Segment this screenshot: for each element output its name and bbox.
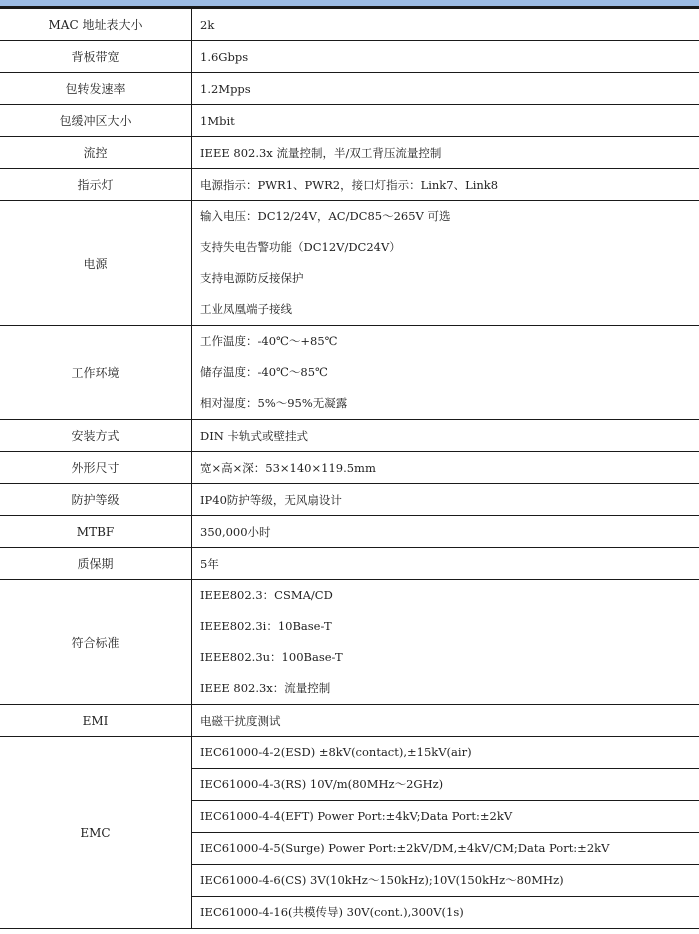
row-label: 安装方式 — [0, 420, 192, 452]
value-line: 储存温度：-40℃～85℃ — [200, 357, 699, 388]
table-row: 符合标准 IEEE802.3：CSMA/CD IEEE802.3i：10Base… — [0, 580, 699, 705]
row-value: 宽×高×深：53×140×119.5mm — [192, 452, 699, 484]
row-value: 电源指示：PWR1、PWR2，接口灯指示：Link7、Link8 — [192, 169, 699, 201]
table-row: EMC IEC61000-4-2(ESD) ±8kV(contact),±15k… — [0, 737, 699, 929]
row-value: 1Mbit — [192, 105, 699, 137]
table-row: 防护等级 IP40防护等级，无风扇设计 — [0, 484, 699, 516]
row-label: 流控 — [0, 137, 192, 169]
row-value: 350,000小时 — [192, 516, 699, 548]
row-value: 输入电压：DC12/24V，AC/DC85～265V 可选 支持失电告警功能（D… — [192, 201, 699, 326]
row-label: MTBF — [0, 516, 192, 548]
row-label: 工作环境 — [0, 326, 192, 420]
table-row: 包缓冲区大小 1Mbit — [0, 105, 699, 137]
row-value: IEEE 802.3x 流量控制，半/双工背压流量控制 — [192, 137, 699, 169]
row-value: 电磁干扰度测试 — [192, 705, 699, 737]
value-line: 支持失电告警功能（DC12V/DC24V） — [200, 232, 699, 263]
table-row: 工作环境 工作温度：-40℃～+85℃ 储存温度：-40℃～85℃ 相对湿度：5… — [0, 326, 699, 420]
row-label: MAC 地址表大小 — [0, 9, 192, 41]
value-line: 相对湿度：5%～95%无凝露 — [200, 388, 699, 419]
table-row: 包转发速率 1.2Mpps — [0, 73, 699, 105]
row-value: DIN 卡轨式或壁挂式 — [192, 420, 699, 452]
row-label: 电源 — [0, 201, 192, 326]
row-value: 1.2Mpps — [192, 73, 699, 105]
row-value: IP40防护等级，无风扇设计 — [192, 484, 699, 516]
value-subcell: IEC61000-4-5(Surge) Power Port:±2kV/DM,±… — [192, 833, 699, 865]
row-label: 包缓冲区大小 — [0, 105, 192, 137]
table-row: EMI 电磁干扰度测试 — [0, 705, 699, 737]
row-label: 背板带宽 — [0, 41, 192, 73]
row-value: 1.6Gbps — [192, 41, 699, 73]
value-subcell: IEC61000-4-16(共模传导) 30V(cont.),300V(1s) — [192, 897, 699, 928]
row-label: 质保期 — [0, 548, 192, 580]
value-line: IEEE802.3i：10Base-T — [200, 611, 699, 642]
row-label: 防护等级 — [0, 484, 192, 516]
row-label: 包转发速率 — [0, 73, 192, 105]
row-label: EMI — [0, 705, 192, 737]
row-value: IEC61000-4-2(ESD) ±8kV(contact),±15kV(ai… — [192, 737, 699, 929]
value-line: IEEE802.3u：100Base-T — [200, 642, 699, 673]
table-row: 外形尺寸 宽×高×深：53×140×119.5mm — [0, 452, 699, 484]
value-line: 输入电压：DC12/24V，AC/DC85～265V 可选 — [200, 201, 699, 232]
row-label: EMC — [0, 737, 192, 929]
row-label: 符合标准 — [0, 580, 192, 705]
row-value: 5年 — [192, 548, 699, 580]
value-line: 工业凤凰端子接线 — [200, 294, 699, 325]
table-row: 安装方式 DIN 卡轨式或壁挂式 — [0, 420, 699, 452]
spec-table: MAC 地址表大小 2k 背板带宽 1.6Gbps 包转发速率 1.2Mpps … — [0, 8, 699, 929]
row-label: 外形尺寸 — [0, 452, 192, 484]
table-row: 背板带宽 1.6Gbps — [0, 41, 699, 73]
value-subcell: IEC61000-4-3(RS) 10V/m(80MHz～2GHz) — [192, 769, 699, 801]
row-value: 2k — [192, 9, 699, 41]
table-header-bar — [0, 0, 699, 8]
value-line: 工作温度：-40℃～+85℃ — [200, 326, 699, 357]
value-line: IEEE802.3：CSMA/CD — [200, 580, 699, 611]
table-row: 流控 IEEE 802.3x 流量控制，半/双工背压流量控制 — [0, 137, 699, 169]
table-row: 指示灯 电源指示：PWR1、PWR2，接口灯指示：Link7、Link8 — [0, 169, 699, 201]
table-row: MAC 地址表大小 2k — [0, 9, 699, 41]
table-row: 质保期 5年 — [0, 548, 699, 580]
value-line: IEEE 802.3x：流量控制 — [200, 673, 699, 704]
row-value: 工作温度：-40℃～+85℃ 储存温度：-40℃～85℃ 相对湿度：5%～95%… — [192, 326, 699, 420]
table-row: 电源 输入电压：DC12/24V，AC/DC85～265V 可选 支持失电告警功… — [0, 201, 699, 326]
value-subcell: IEC61000-4-6(CS) 3V(10kHz～150kHz);10V(15… — [192, 865, 699, 897]
value-subcell: IEC61000-4-4(EFT) Power Port:±4kV;Data P… — [192, 801, 699, 833]
row-label: 指示灯 — [0, 169, 192, 201]
table-row: MTBF 350,000小时 — [0, 516, 699, 548]
value-subcell: IEC61000-4-2(ESD) ±8kV(contact),±15kV(ai… — [192, 737, 699, 769]
value-line: 支持电源防反接保护 — [200, 263, 699, 294]
row-value: IEEE802.3：CSMA/CD IEEE802.3i：10Base-T IE… — [192, 580, 699, 705]
